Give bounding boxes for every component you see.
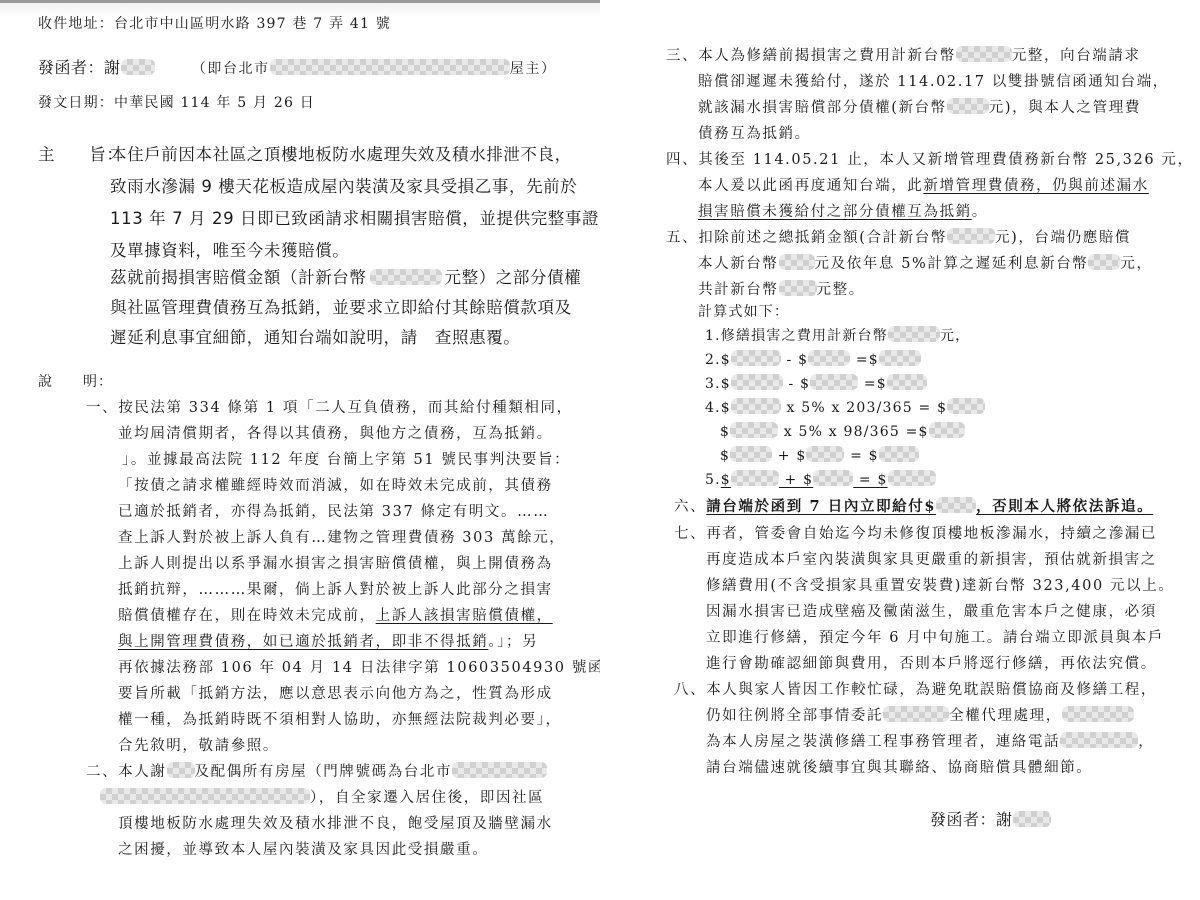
calc-line-4c: $ + $ = $ — [720, 446, 919, 466]
item4-underlined-text: 損害賠償未獲給付之部分債權互為抵銷 — [698, 204, 972, 220]
item5-text: 元及依年息 5%計算之遲延利息新台幣 — [815, 256, 1089, 272]
calc-text: x 5% x 98/365 =$ — [778, 424, 929, 440]
calc-text: 2.$ — [705, 352, 731, 368]
item6-prefix: 六、 — [674, 499, 706, 515]
item6-line: 六、請台端於函到 7 日內立即給付$，否則本人將依法訴追。 — [674, 497, 1153, 517]
item6-demand: 請台端於函到 7 日內立即給付$，否則本人將依法訴追。 — [706, 498, 1153, 515]
item8-line: 仍如往例將全部事情委託全權代理處理， — [706, 706, 1134, 726]
subject-line: 及單據資料，唯至今未獲賠償。 — [110, 241, 349, 261]
item1-line: 「按債之請求權雖經時效而消滅，如在時效未完成前，其債務 — [118, 476, 553, 496]
item2-line: ），自全家遷入居住後，即因社區 — [100, 788, 544, 808]
item5-text: 五、扣除前述之總抵銷金額(合計新台幣 — [666, 230, 947, 246]
redacted-amount — [731, 350, 781, 366]
item8-text: 全權代理處理， — [949, 708, 1062, 724]
calc-text: $ — [721, 472, 731, 488]
signature: 發函者：謝 — [930, 810, 1051, 830]
item3-line: 三、本人為修繕前揭損害之費用計新台幣元整，向台端請求 — [666, 46, 1141, 66]
item8-line: 八、本人與家人皆因工作較忙碌，為避免耽誤賠償協商及修繕工程， — [674, 680, 1157, 700]
redacted-amount — [779, 280, 817, 296]
item2-text: ），自全家遷入居住後，即因社區 — [310, 790, 544, 806]
letter-page-1: 收件地址：台北市中山區明水路 397 巷 7 弄 41 號 發函者：謝 （即台北… — [0, 0, 600, 900]
item8-text: ， — [1138, 734, 1154, 750]
calc-text: =$ — [858, 376, 887, 392]
calc-text: + $ — [772, 448, 806, 464]
item3-line: 債務互為抵銷。 — [698, 124, 811, 144]
item1-line: 賠償債權存在，則在時效未完成前，上訴人該損害賠償債權， — [118, 606, 553, 626]
calc-text: =$ — [850, 352, 879, 368]
subject-line: 茲就前揭損害賠償金額（計新台幣元整）之部分債權 — [110, 268, 581, 288]
item4-line: 損害賠償未獲給付之部分債權互為抵銷。 — [698, 202, 988, 222]
redacted-amount — [808, 350, 850, 366]
redacted-amount — [888, 326, 940, 342]
redacted-name — [1013, 811, 1051, 827]
redacted-name — [167, 762, 195, 778]
item4-line: 本人爰以此函再度通知台端，此新增管理費債務，仍與前述漏水 — [698, 176, 1149, 196]
calc-total-underlined: $ + $ = $ — [721, 472, 936, 488]
item6-text: ，否則本人將依法訴追。 — [976, 498, 1153, 515]
subject-line: 113 年 7 月 29 日即已致函請求相關損害賠償，並提供完整事證 — [110, 209, 599, 229]
redacted-amount — [731, 398, 781, 414]
explanation-label: 說 明： — [38, 372, 113, 392]
item7-line: 修繕費用(不含受損家具重置安裝費)達新台幣 323,400 元以上。 — [706, 576, 1174, 596]
calc-text: - $ — [783, 376, 810, 392]
item1-line: 要旨所載「抵銷方法，應以意思表示向他方為之，性質為形成 — [118, 684, 553, 704]
item5-text: 元， — [1120, 256, 1152, 272]
sender-label: 發函者：謝 — [38, 58, 121, 77]
item1-line: 上訴人則提出以系爭漏水損害之損害賠償債權，與上開債務為 — [118, 554, 553, 574]
calc-text: 5. — [705, 472, 721, 488]
redacted-amount — [730, 422, 778, 438]
subject-text: 茲就前揭損害賠償金額（計新台幣 — [110, 268, 367, 287]
item1-line: 」。並據最高法院 112 年度 台簡上字第 51 號民事判決要旨： — [122, 450, 570, 470]
redacted-amount — [947, 228, 995, 244]
item4-line: 四、其後至 114.05.21 止，本人又新增管理費債務新台幣 25,326 元… — [666, 150, 1194, 170]
redacted-address — [452, 762, 547, 778]
item5-line: 本人新台幣元及依年息 5%計算之遲延利息新台幣元， — [698, 254, 1153, 274]
recipient-address: 收件地址：台北市中山區明水路 397 巷 7 弄 41 號 — [38, 14, 391, 34]
redacted-amount — [929, 422, 965, 438]
item8-line: 請台端儘速就後續事宜與其聯絡、協商賠償具體細節。 — [706, 758, 1092, 778]
subject-text: 元整）之部分債權 — [445, 268, 582, 287]
calc-text: 1.修繕損害之費用計新台幣 — [705, 328, 888, 344]
calc-text: 元， — [940, 328, 970, 344]
item5-text: 元)，台端仍應賠償 — [995, 230, 1131, 246]
item1-text: 。」；另 — [488, 634, 538, 650]
redacted-agent-name — [1062, 706, 1134, 722]
item6-text: 請台端於函到 7 日內立即給付$ — [706, 498, 936, 515]
redacted-amount — [370, 269, 442, 285]
calc-line-2: 2.$ - $ =$ — [705, 350, 921, 370]
redacted-phone — [1060, 732, 1138, 748]
calc-title: 計算式如下： — [698, 302, 789, 322]
item3-line: 就該漏水損害賠償部分債權(新台幣元)，與本人之管理費 — [698, 98, 1141, 118]
item1-line: 與上開管理費債務，如已適於抵銷者，即非不得抵銷。」；另 — [118, 632, 538, 652]
redacted-amount — [888, 470, 936, 486]
letter-page-2: 三、本人為修繕前揭損害之費用計新台幣元整，向台端請求 賠償卻遲遲未獲給付，遂於 … — [600, 0, 1200, 900]
sender-paren-close: 屋主） — [510, 61, 557, 77]
calc-text: = $ — [853, 472, 887, 488]
redacted-amount — [936, 497, 976, 513]
item5-line: 五、扣除前述之總抵銷金額(合計新台幣元)，台端仍應賠償 — [666, 228, 1131, 248]
item5-text: 本人新台幣 — [698, 256, 779, 272]
item1-line: 權一種，為抵銷時既不須相對人協助，亦無經法院裁判必要」， — [118, 710, 562, 730]
calc-text: $ — [720, 424, 730, 440]
item1-line: 一、按民法第 334 條第 1 項「二人互負債務，而其給付種類相同， — [86, 398, 573, 418]
item3-text: 元)，與本人之管理費 — [989, 100, 1141, 116]
item5-line: 共計新台幣元整。 — [698, 280, 865, 300]
calc-line-1: 1.修繕損害之費用計新台幣元， — [705, 326, 970, 346]
redacted-amount — [887, 374, 927, 390]
item1-line: 抵銷抗辩，………果爾，倘上訴人對於被上訴人此部分之損害 — [118, 580, 553, 600]
item7-line: 因漏水損害已造成壁癌及黴菌滋生，嚴重危害本戶之健康，必須 — [706, 602, 1157, 622]
letter-date: 發文日期：中華民國 114 年 5 月 26 日 — [38, 93, 315, 113]
calc-line-4b: $ x 5% x 98/365 =$ — [720, 422, 965, 442]
item8-text: 仍如往例將全部事情委託 — [706, 708, 883, 724]
redacted-address — [270, 59, 510, 75]
subject-line: 致雨水滲漏 9 樓天花板造成屋內裝潢及家具受損乙事，先前於 — [110, 177, 577, 197]
redacted-amount — [730, 446, 772, 462]
item4-underlined-text: 新增管理費債務，仍與前述漏水 — [923, 178, 1148, 194]
item4-text: 。 — [972, 204, 988, 220]
redacted-amount — [947, 398, 985, 414]
item7-line: 進行會勘確認細節與費用，否則本戶將逕行修繕，再依法究償。 — [706, 654, 1157, 674]
calc-text: = $ — [844, 448, 878, 464]
item5-text: 元整。 — [817, 282, 865, 298]
redacted-amount — [813, 470, 853, 486]
subject-line: 與社區管理費債務互為抵銷，並要求立即給付其餘賠償款項及 — [110, 298, 572, 318]
subject-line: 本住戶前因本社區之頂樓地板防水處理失效及積水排泄不良， — [110, 145, 572, 165]
item7-line: 再度造成本戶室內裝潢與家具更嚴重的新損害，預估就新損害之 — [706, 550, 1157, 570]
item1-line: 查上訴人對於被上訴人負有…建物之管理費債務 303 萬餘元， — [118, 528, 565, 548]
redacted-agent-name — [883, 706, 949, 722]
item8-line: 為本人房屋之裝潢修繕工程事務管理者，連絡電話， — [706, 732, 1154, 752]
subject-line: 遲延利息事宜細節，通知台端如說明，請 查照惠覆。 — [110, 328, 520, 348]
redacted-amount — [731, 374, 783, 390]
redacted-amount — [879, 350, 921, 366]
calc-text: 3.$ — [705, 376, 731, 392]
calc-text: + $ — [779, 472, 813, 488]
item3-text: 就該漏水損害賠償部分債權(新台幣 — [698, 100, 947, 116]
item3-text: 三、本人為修繕前揭損害之費用計新台幣 — [666, 48, 956, 64]
calc-line-4: 4.$ x 5% x 203/365 = $ — [705, 398, 985, 418]
redacted-address — [100, 788, 310, 804]
calc-line-5: 5.$ + $ = $ — [705, 470, 936, 490]
item1-line: 已適於抵銷者，亦得為抵銷，民法第 337 條定有明文。…… — [118, 502, 549, 522]
redacted-amount — [810, 374, 858, 390]
item2-line: 頂樓地板防水處理失效及積水排泄不良，飽受屋頂及牆壁漏水 — [118, 814, 553, 834]
redacted-name — [121, 59, 155, 75]
calc-text: $ — [720, 448, 730, 464]
item2-text: 二、本人謝 — [86, 764, 167, 780]
redacted-amount — [956, 46, 1012, 62]
calc-line-3: 3.$ - $ =$ — [705, 374, 927, 394]
item3-line: 賠償卻遲遲未獲給付，遂於 114.02.17 以雙掛號信函通知台端， — [698, 72, 1169, 92]
calc-text: x 5% x 203/365 = $ — [781, 400, 947, 416]
item8-text: 為本人房屋之裝潢修繕工程事務管理者，連絡電話 — [706, 734, 1060, 750]
redacted-amount — [879, 446, 919, 462]
redacted-amount — [731, 470, 779, 486]
item7-line: 立即進行修繕，預定今年 6 月中旬施工。請台端立即派員與本戶 — [706, 628, 1164, 648]
item1-underlined-text: 上訴人該損害賠償債權， — [376, 608, 553, 624]
sender-line: 發函者：謝 （即台北市屋主） — [38, 58, 557, 79]
item5-text: 共計新台幣 — [698, 282, 779, 298]
item1-text: 賠償債權存在，則在時效未完成前， — [118, 608, 376, 624]
item7-line: 七、再者，管委會自始迄今均未修復頂樓地板滲漏水，持續之滲漏已 — [674, 524, 1157, 544]
item1-line: 再依據法務部 106 年 04 月 14 日法律字第 10603504930 號… — [118, 658, 620, 678]
redacted-amount — [1088, 254, 1120, 270]
signature-label: 發函者：謝 — [930, 810, 1013, 829]
item1-underlined-text: 與上開管理費債務，如已適於抵銷者，即非不得抵銷 — [118, 634, 488, 650]
item4-text: 本人爰以此函再度通知台端，此 — [698, 178, 923, 194]
item2-text: 及配偶所有房屋（門牌號碼為台北市 — [195, 764, 453, 780]
redacted-amount — [947, 98, 989, 114]
item3-text: 元整，向台端請求 — [1012, 48, 1141, 64]
item2-line: 之困擾，並導致本人屋內裝潢及家具因此受損嚴重。 — [118, 840, 488, 860]
item2-line: 二、本人謝及配偶所有房屋（門牌號碼為台北市 — [86, 762, 547, 782]
sender-paren-open: （即台北市 — [192, 61, 270, 77]
item1-line: 合先敘明，敬請參照。 — [118, 736, 279, 756]
calc-text: - $ — [781, 352, 808, 368]
redacted-amount — [779, 254, 815, 270]
redacted-amount — [806, 446, 844, 462]
item1-line: 並均屆清償期者，各得以其債務，與他方之債務，互為抵銷。 — [118, 424, 553, 444]
calc-text: 4.$ — [705, 400, 731, 416]
